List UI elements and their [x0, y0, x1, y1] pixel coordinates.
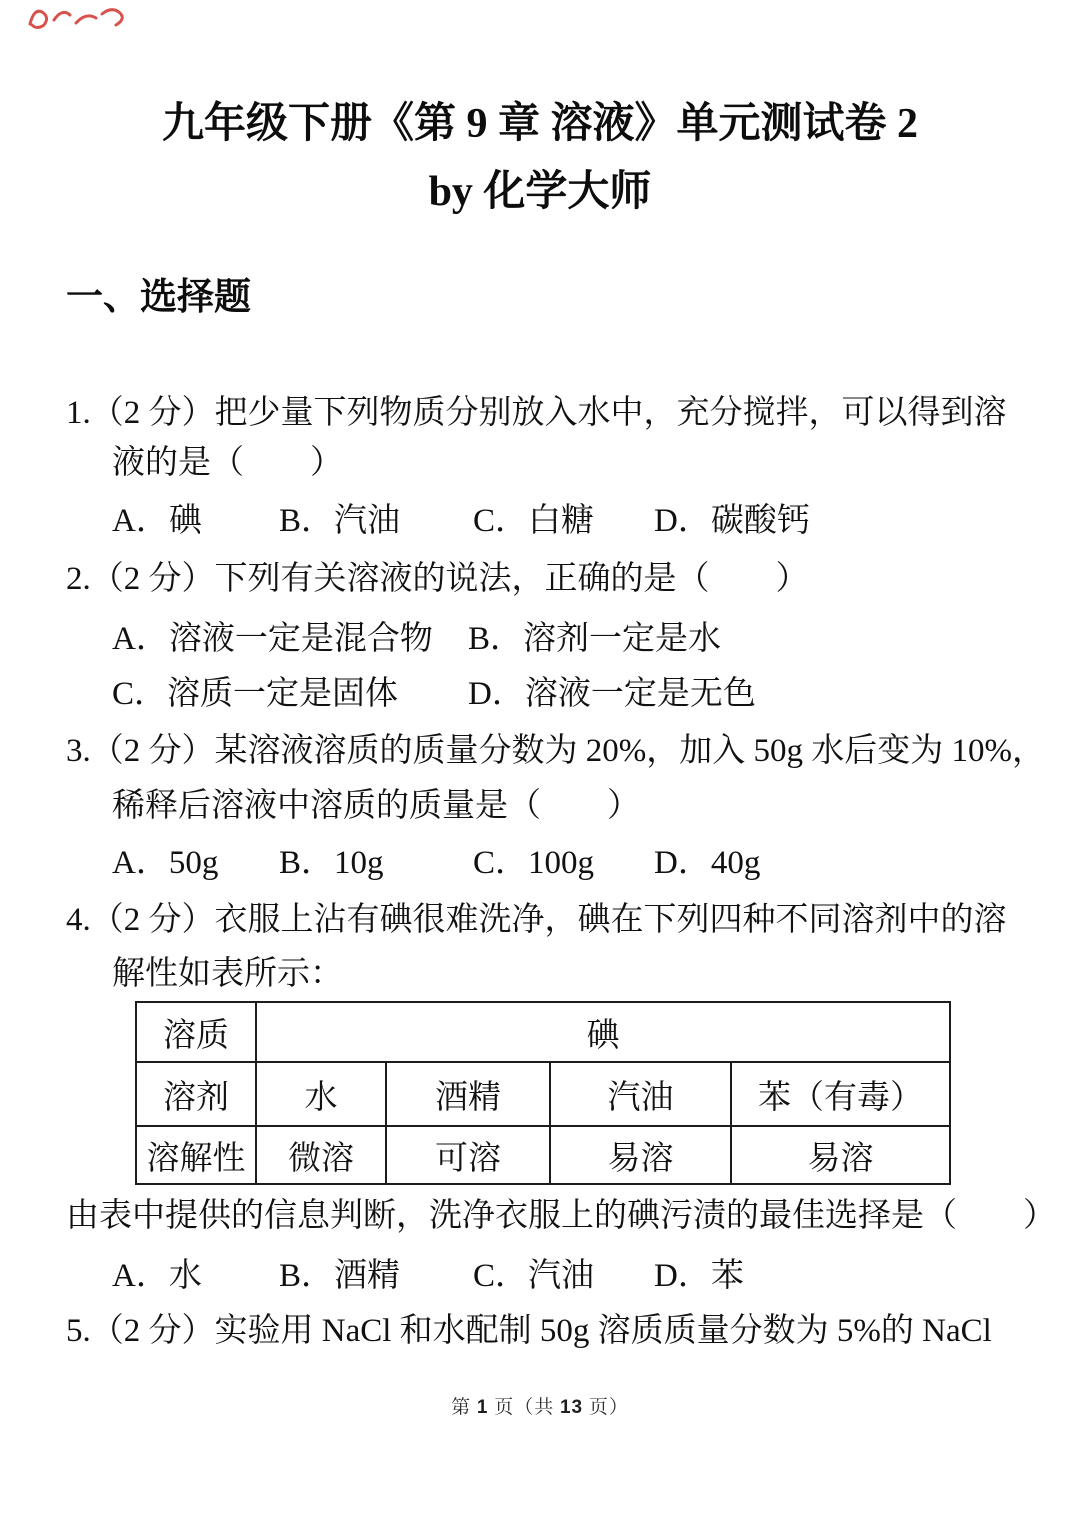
page-title-line1: 九年级下册《第 9 章 溶液》单元测试卷 2: [0, 101, 1080, 147]
question-1-line-1: 1.（2 分）把少量下列物质分别放入水中，充分搅拌，可以得到溶: [66, 395, 1007, 433]
section-heading: 一、选择题: [66, 278, 251, 319]
question-3-options: A．50g B．10g C．100g D．40g: [112, 845, 760, 883]
solvent-cell-benzene: 苯（有毒）: [731, 1062, 950, 1126]
table-row-solubility: 溶解性 微溶 可溶 易溶 易溶: [136, 1126, 950, 1184]
question-2-line-1: 2.（2 分）下列有关溶液的说法，正确的是（ ）: [66, 561, 809, 599]
footer-prefix: 第: [451, 1397, 477, 1418]
option-a: A．水: [112, 1258, 279, 1296]
question-1-line-2: 液的是（ ）: [112, 445, 343, 483]
page-title-line2: by 化学大师: [0, 169, 1080, 215]
question-5-line-1: 5.（2 分）实验用 NaCl 和水配制 50g 溶质质量分数为 5%的 NaC…: [66, 1313, 992, 1351]
solubility-cell-3: 易溶: [550, 1126, 731, 1184]
option-a: A．碘: [112, 503, 279, 541]
solubility-cell-1: 微溶: [256, 1126, 386, 1184]
option-d: D．碳酸钙: [654, 503, 810, 541]
table-row-solvent: 溶剂 水 酒精 汽油 苯（有毒）: [136, 1062, 950, 1126]
document-page: 九年级下册《第 9 章 溶液》单元测试卷 2 by 化学大师 一、选择题 1.（…: [0, 0, 1080, 1528]
question-4-tail-line: 由表中提供的信息判断，洗净衣服上的碘污渍的最佳选择是（ ）: [66, 1198, 1056, 1236]
option-b: B．10g: [279, 845, 473, 883]
solvent-cell-water: 水: [256, 1062, 386, 1126]
question-3-line-2: 稀释后溶液中溶质的质量是（ ）: [112, 788, 640, 826]
question-2-options-row-1: A．溶液一定是混合物 B．溶剂一定是水: [112, 621, 721, 659]
option-c: C．汽油: [473, 1258, 654, 1296]
footer-page-number: 1: [477, 1397, 489, 1418]
option-c: C．100g: [473, 845, 654, 883]
question-1-options: A．碘 B．汽油 C．白糖 D．碳酸钙: [112, 503, 810, 541]
footer-suffix: 页）: [583, 1397, 629, 1418]
question-2-options-row-2: C．溶质一定是固体 D．溶液一定是无色: [112, 676, 756, 714]
solvent-label-cell: 溶剂: [136, 1062, 256, 1126]
option-b: B．汽油: [279, 503, 473, 541]
question-4-line-2: 解性如表所示：: [112, 956, 343, 994]
option-d: D．溶液一定是无色: [468, 676, 756, 714]
solubility-label-cell: 溶解性: [136, 1126, 256, 1184]
option-a: A．溶液一定是混合物: [112, 621, 468, 659]
option-a: A．50g: [112, 845, 279, 883]
question-4-options: A．水 B．酒精 C．汽油 D．苯: [112, 1258, 744, 1296]
solvent-cell-alcohol: 酒精: [386, 1062, 550, 1126]
solubility-cell-2: 可溶: [386, 1126, 550, 1184]
table-row-solute: 溶质 碘: [136, 1002, 950, 1062]
solvent-cell-gasoline: 汽油: [550, 1062, 731, 1126]
option-d: D．40g: [654, 845, 760, 883]
red-ink-marks-icon: [24, 2, 134, 32]
solute-label-cell: 溶质: [136, 1002, 256, 1062]
solubility-cell-4: 易溶: [731, 1126, 950, 1184]
option-c: C．白糖: [473, 503, 654, 541]
page-footer: 第 1 页（共 13 页）: [0, 1392, 1080, 1419]
solute-value-cell: 碘: [256, 1002, 950, 1062]
option-d: D．苯: [654, 1258, 744, 1296]
solubility-table: 溶质 碘 溶剂 水 酒精 汽油 苯（有毒） 溶解性 微溶 可溶 易溶 易溶: [135, 1001, 951, 1185]
option-b: B．酒精: [279, 1258, 473, 1296]
option-b: B．溶剂一定是水: [468, 621, 721, 659]
question-3-line-1: 3.（2 分）某溶液溶质的质量分数为 20%，加入 50g 水后变为 10%，: [66, 733, 1045, 771]
footer-mid: 页（共: [488, 1397, 560, 1418]
footer-total-pages: 13: [560, 1397, 583, 1418]
question-4-line-1: 4.（2 分）衣服上沾有碘很难洗净，碘在下列四种不同溶剂中的溶: [66, 902, 1007, 940]
option-c: C．溶质一定是固体: [112, 676, 468, 714]
